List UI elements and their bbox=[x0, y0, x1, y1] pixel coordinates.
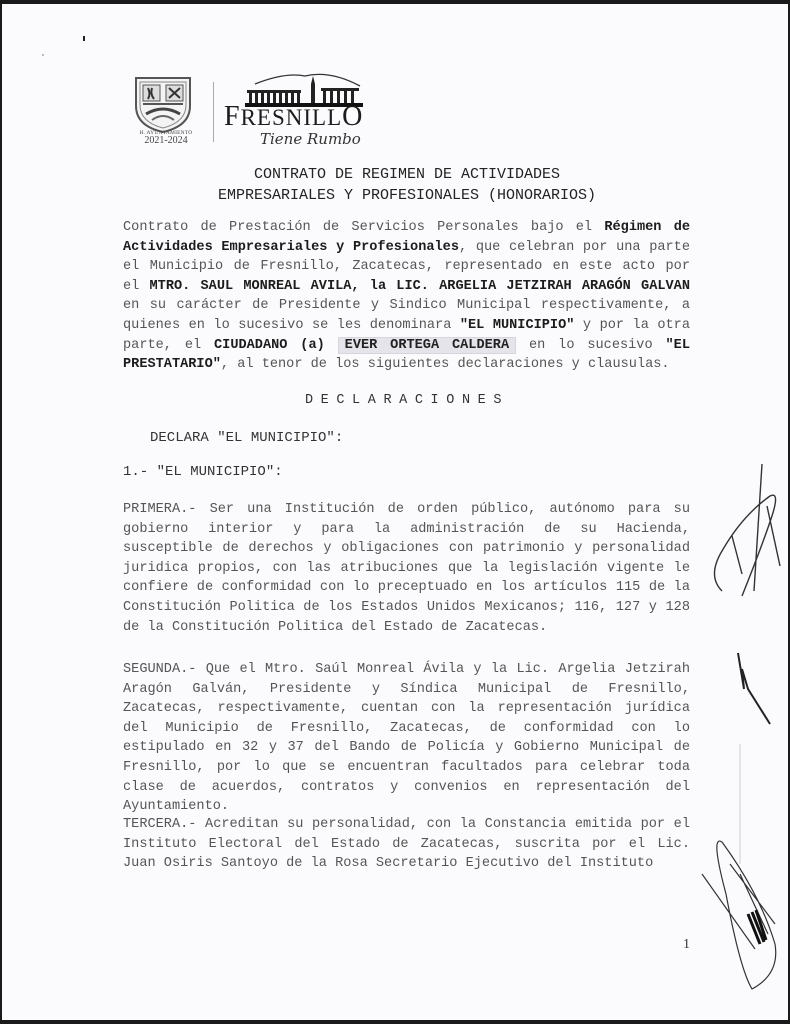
scan-speck bbox=[83, 36, 85, 41]
crest-caption: H. AYUNTAMIENTO 2021-2024 bbox=[126, 130, 206, 146]
municipal-crest-icon bbox=[132, 74, 194, 134]
page-number: 1 bbox=[683, 937, 690, 953]
clause-tercera: TERCERA.- Acreditan su personalidad, con… bbox=[123, 815, 690, 874]
intro-paragraph: Contrato de Prestación de Servicios Pers… bbox=[123, 218, 690, 375]
brand-tagline: Tiene Rumbo bbox=[260, 130, 361, 148]
subheading-declara: DECLARA "EL MUNICIPIO": bbox=[150, 430, 343, 446]
signature-1-icon bbox=[702, 456, 782, 631]
signature-2-icon bbox=[730, 649, 780, 729]
document-page: H. AYUNTAMIENTO 2021-2024 FRESNILLO Tien… bbox=[2, 4, 788, 1020]
scan-speck bbox=[42, 54, 44, 56]
subheading-municipio: 1.- "EL MUNICIPIO": bbox=[123, 464, 283, 480]
clause-segunda: SEGUNDA.- Que el Mtro. Saúl Monreal Ávil… bbox=[123, 660, 690, 817]
document-title: CONTRATO DE REGIMEN DE ACTIVIDADES EMPRE… bbox=[122, 164, 692, 206]
signature-3-icon bbox=[700, 744, 790, 994]
section-heading-declaraciones: DECLARACIONES bbox=[122, 393, 692, 408]
contractor-name-field: EVER ORTEGA CALDERA bbox=[338, 337, 516, 354]
brand-name: FRESNILLO bbox=[224, 101, 363, 133]
clause-primera: PRIMERA.- Ser una Institución de orden p… bbox=[123, 500, 690, 637]
logo-divider bbox=[213, 82, 214, 142]
